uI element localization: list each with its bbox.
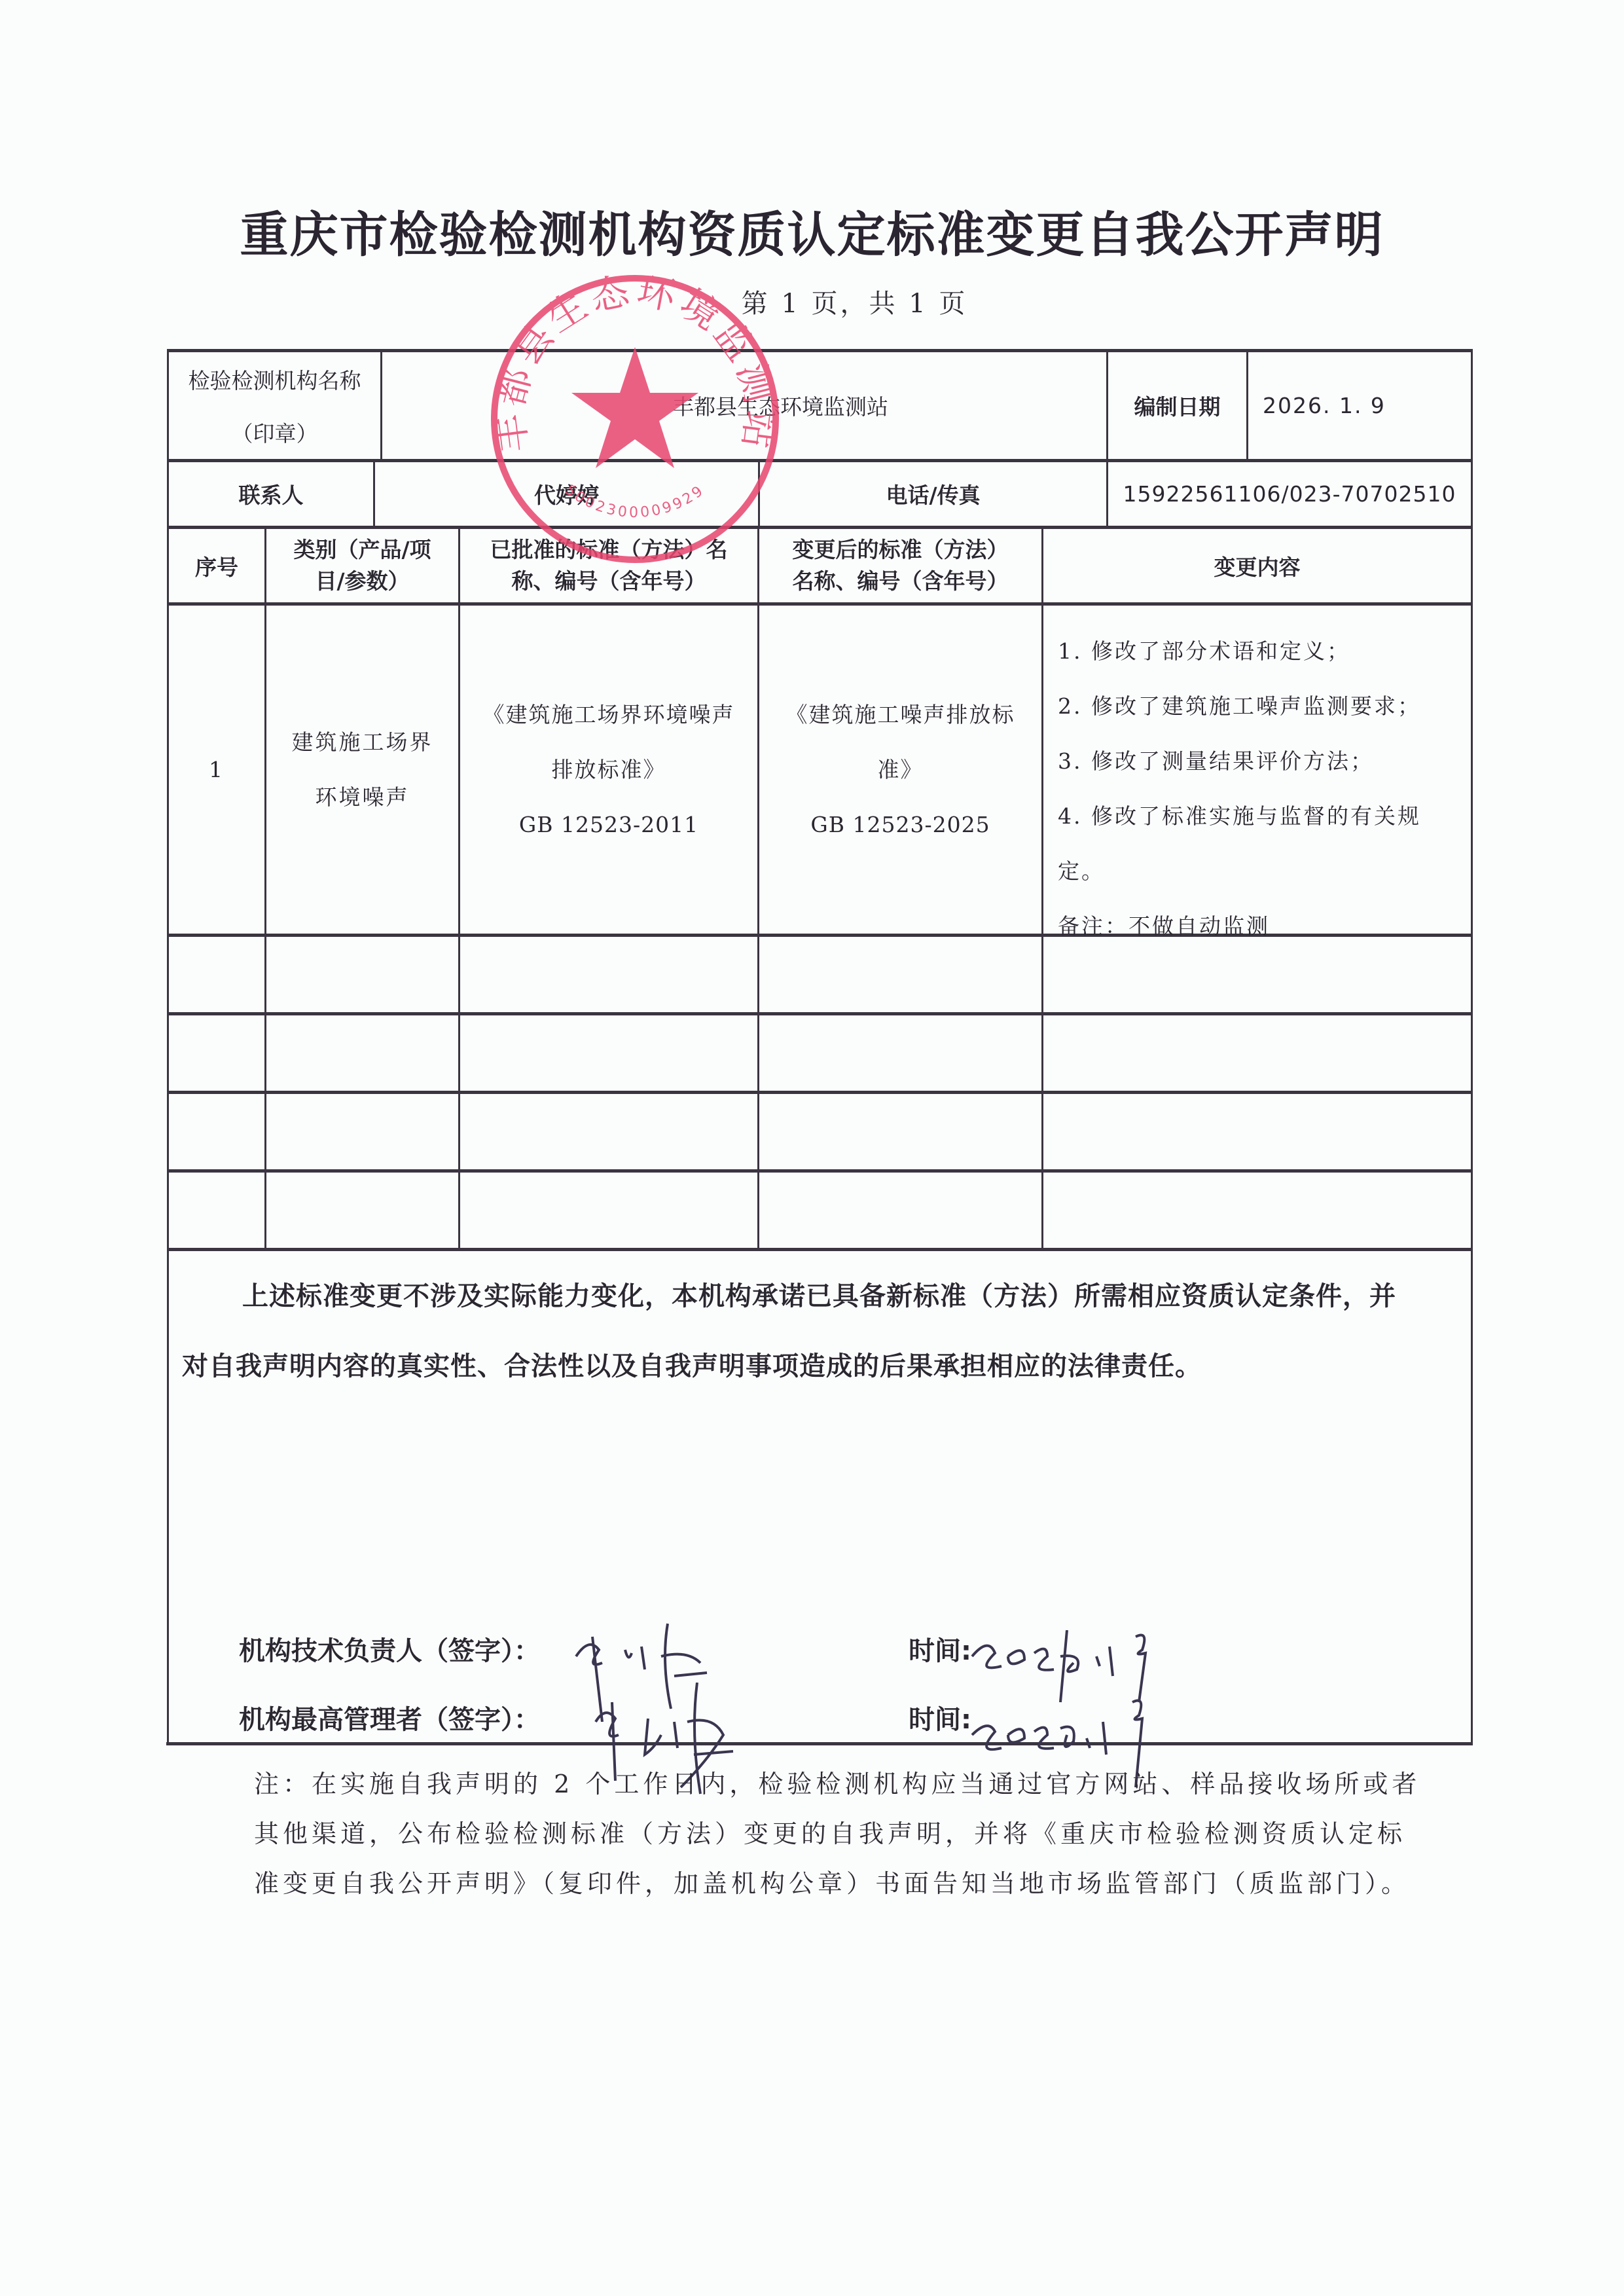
old-standard-code: GB 12523-2011	[519, 797, 698, 852]
category-line: 建筑施工场界	[292, 715, 433, 770]
manager-signature-label: 机构最高管理者（签字）：	[239, 1699, 540, 1736]
change-item: 2. 修改了建筑施工噪声监测要求；	[1058, 679, 1421, 734]
header-text: 已批准的标准（方法）名	[490, 534, 728, 566]
row-index: 1	[169, 606, 264, 934]
row-changes: 1. 修改了部分术语和定义； 2. 修改了建筑施工噪声监测要求； 3. 修改了测…	[1043, 606, 1471, 934]
change-item: 定。	[1058, 844, 1105, 899]
date-value: 2026. 1. 9	[1248, 352, 1471, 459]
new-standard-name: 准》	[878, 742, 924, 797]
header-old-standard: 已批准的标准（方法）名 称、编号（含年号）	[460, 529, 757, 602]
change-item: 1. 修改了部分术语和定义；	[1058, 624, 1350, 679]
header-text: 名称、编号（含年号）	[793, 566, 1009, 597]
new-standard-code: GB 12523-2025	[810, 797, 990, 852]
phone-value: 15922561106/023-70702510	[1108, 462, 1471, 526]
header-new-standard: 变更后的标准（方法） 名称、编号（含年号）	[759, 529, 1041, 602]
date-label: 编制日期	[1108, 352, 1246, 459]
row-new-standard: 《建筑施工噪声排放标 准》 GB 12523-2025	[759, 606, 1041, 934]
change-item: 3. 修改了测量结果评价方法；	[1058, 734, 1374, 789]
table-divider	[168, 1248, 1473, 1251]
old-standard-name: 排放标准》	[552, 742, 666, 797]
header-text: 变更后的标准（方法）	[793, 534, 1009, 566]
manager-time-label: 时间:	[909, 1699, 971, 1736]
org-name-value: 丰都县生态环境监测站	[382, 352, 1106, 459]
statement-line-1: 上述标准变更不涉及实际能力变化，本机构承诺已具备新标准（方法）所需相应资质认定条…	[242, 1275, 1396, 1313]
footnote-line-2: 其他渠道，公布检验检测标准（方法）变更的自我声明，并将《重庆市检验检测资质认定标	[254, 1809, 1406, 1859]
document-title: 重庆市检验检测机构资质认定标准变更自我公开声明	[0, 196, 1624, 266]
row-category: 建筑施工场界 环境噪声	[266, 606, 458, 934]
old-standard-name: 《建筑施工场界环境噪声	[483, 687, 735, 742]
header-text: 类别（产品/项	[293, 534, 431, 566]
footnote-line-3: 准变更自我公开声明》（复印件，加盖机构公章）书面告知当地市场监管部门（质监部门）…	[254, 1859, 1410, 1908]
tech-lead-handwritten-date	[962, 1617, 1159, 1709]
table-row-empty	[169, 937, 1471, 1012]
org-name-label-cell: 检验检测机构名称 （印章）	[169, 352, 380, 459]
tech-lead-handwritten-signature	[563, 1611, 733, 1722]
header-text: 序号	[195, 551, 238, 581]
table-border-bottom	[166, 1742, 1473, 1745]
contact-label: 联系人	[169, 462, 373, 526]
row-old-standard: 《建筑施工场界环境噪声 排放标准》 GB 12523-2011	[460, 606, 757, 934]
table-row-empty	[169, 1094, 1471, 1169]
phone-label: 电话/传真	[760, 462, 1106, 526]
table-border-right	[1471, 349, 1473, 1745]
tech-lead-signature-label: 机构技术负责人（签字）：	[239, 1630, 540, 1667]
contact-value: 代婷婷	[375, 462, 758, 526]
header-text: 变更内容	[1214, 551, 1301, 581]
new-standard-name: 《建筑施工噪声排放标	[786, 687, 1015, 742]
category-line: 环境噪声	[316, 770, 410, 825]
table-row-empty	[169, 1173, 1471, 1248]
table-row-empty	[169, 1015, 1471, 1091]
header-index: 序号	[169, 529, 264, 602]
change-item: 4. 修改了标准实施与监督的有关规	[1058, 789, 1421, 844]
header-category: 类别（产品/项 目/参数）	[266, 529, 458, 602]
page-info: 第 1 页，共 1 页	[0, 283, 1624, 320]
tech-lead-time-label: 时间:	[909, 1630, 971, 1667]
org-name-label: 检验检测机构名称	[189, 364, 361, 395]
header-changes: 变更内容	[1043, 529, 1471, 602]
header-text: 称、编号（含年号）	[512, 566, 706, 597]
footnote-line-1: 注：在实施自我声明的 2 个工作日内，检验检测机构应当通过官方网站、样品接收场所…	[254, 1759, 1420, 1809]
statement-line-2: 对自我声明内容的真实性、合法性以及自我声明事项造成的后果承担相应的法律责任。	[182, 1345, 1202, 1383]
seal-label: （印章）	[232, 417, 318, 448]
header-text: 目/参数）	[315, 566, 409, 597]
